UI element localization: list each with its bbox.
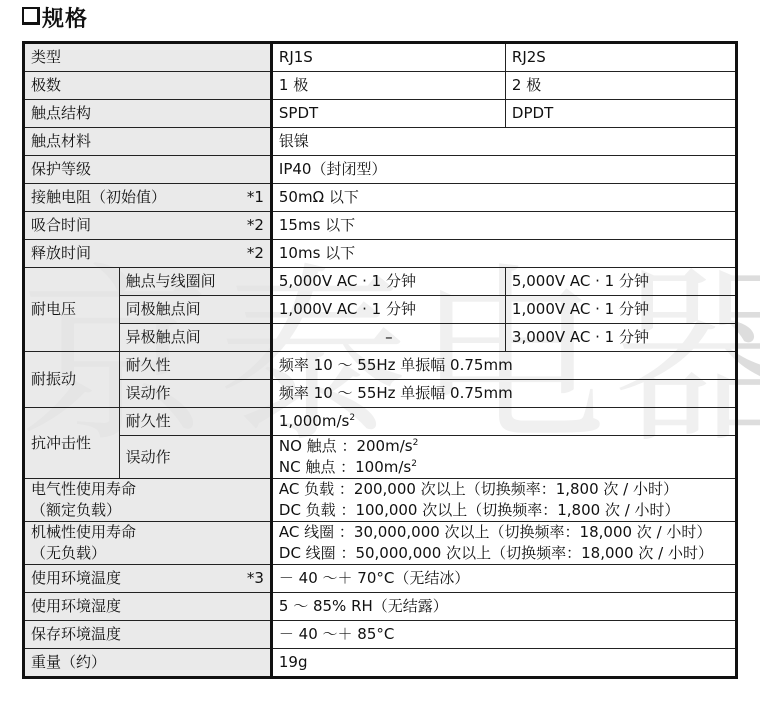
value-line: DC 线圈 ：50,000,000 次以上（切换频率：18,000 次 / 小时… <box>279 543 729 564</box>
table-row-shock-2: 误动作 NO 触点 ：200m/s2 NC 触点 ：100m/s2 <box>24 436 737 479</box>
footnote-mark: *2 <box>247 215 264 236</box>
cell-value: IP40（封闭型） <box>271 156 736 184</box>
cell-value: － 40 ～＋ 70°C（无结冰） <box>271 565 736 593</box>
cell-value: 5 ～ 85% RH（无结露） <box>271 593 736 621</box>
footnote-mark: *2 <box>247 243 264 264</box>
label-line: 机械性使用寿命 <box>31 522 264 543</box>
sub-label: 误动作 <box>119 380 271 408</box>
row-label: 使用环境湿度 <box>24 593 272 621</box>
row-label: 重量（约） <box>24 649 272 678</box>
value-line: AC 线圈 ：30,000,000 次以上（切换频率：18,000 次 / 小时… <box>279 522 729 543</box>
group-label: 耐电压 <box>24 268 120 352</box>
sub-label: 误动作 <box>119 436 271 479</box>
model-rj1s: RJ1S <box>271 43 505 72</box>
superscript: 2 <box>413 438 419 448</box>
row-label: 吸合时间*2 <box>24 212 272 240</box>
footnote-mark: *3 <box>247 568 264 589</box>
cell-value: 1,000V AC · 1 分钟 <box>505 296 736 324</box>
cell-value: NO 触点 ：200m/s2 NC 触点 ：100m/s2 <box>271 436 736 479</box>
label-line: 电气性使用寿命 <box>31 479 264 500</box>
table-row-operate-time: 吸合时间*2 15ms 以下 <box>24 212 737 240</box>
cell-value: 50mΩ 以下 <box>271 184 736 212</box>
table-row-vibration-1: 耐振动 耐久性 频率 10 ～ 55Hz 单振幅 0.75mm <box>24 352 737 380</box>
value-text: NO 触点 ：200m/s <box>279 437 413 455</box>
page-title: 规格 <box>22 2 88 33</box>
table-row-dielectric-2: 同极触点间 1,000V AC · 1 分钟 1,000V AC · 1 分钟 <box>24 296 737 324</box>
row-label: 触点结构 <box>24 100 272 128</box>
label-text: 接触电阻（初始值） <box>31 188 166 206</box>
table-row-weight: 重量（约） 19g <box>24 649 737 678</box>
cell-value: 3,000V AC · 1 分钟 <box>505 324 736 352</box>
sub-label: 同极触点间 <box>119 296 271 324</box>
cell-value: 2 极 <box>505 72 736 100</box>
table-row-dielectric-1: 耐电压 触点与线圈间 5,000V AC · 1 分钟 5,000V AC · … <box>24 268 737 296</box>
row-label: 电气性使用寿命 （额定负载） <box>24 479 272 522</box>
value-line: NO 触点 ：200m/s2 <box>279 436 729 457</box>
cell-value: 频率 10 ～ 55Hz 单振幅 0.75mm <box>271 380 736 408</box>
table-row-contact-resistance: 接触电阻（初始值）*1 50mΩ 以下 <box>24 184 737 212</box>
group-label: 抗冲击性 <box>24 408 120 479</box>
table-row-vibration-2: 误动作 频率 10 ～ 55Hz 单振幅 0.75mm <box>24 380 737 408</box>
value-text: NC 触点 ：100m/s <box>279 458 411 476</box>
cell-value: AC 线圈 ：30,000,000 次以上（切换频率：18,000 次 / 小时… <box>271 522 736 565</box>
row-label: 保护等级 <box>24 156 272 184</box>
table-row-storage-temp: 保存环境温度 － 40 ～＋ 85°C <box>24 621 737 649</box>
row-label: 接触电阻（初始值）*1 <box>24 184 272 212</box>
group-label: 耐振动 <box>24 352 120 408</box>
cell-value: 1 极 <box>271 72 505 100</box>
cell-value: DPDT <box>505 100 736 128</box>
table-row-operating-temp: 使用环境温度*3 － 40 ～＋ 70°C（无结冰） <box>24 565 737 593</box>
value-line: AC 负载 ：200,000 次以上（切换频率：1,800 次 / 小时） <box>279 479 729 500</box>
table-row-protection: 保护等级 IP40（封闭型） <box>24 156 737 184</box>
model-rj2s: RJ2S <box>505 43 736 72</box>
cell-value: 1,000V AC · 1 分钟 <box>271 296 505 324</box>
cell-value: 10ms 以下 <box>271 240 736 268</box>
table-row-mechanical-life: 机械性使用寿命 （无负载） AC 线圈 ：30,000,000 次以上（切换频率… <box>24 522 737 565</box>
value-text: 1,000m/s <box>279 412 349 430</box>
sub-label: 耐久性 <box>119 352 271 380</box>
label-line: （额定负载） <box>31 500 264 521</box>
cell-value: 5,000V AC · 1 分钟 <box>505 268 736 296</box>
cell-value: – <box>271 324 505 352</box>
page-title-text: 规格 <box>42 7 88 32</box>
row-label: 触点材料 <box>24 128 272 156</box>
cell-value: － 40 ～＋ 85°C <box>271 621 736 649</box>
row-label: 释放时间*2 <box>24 240 272 268</box>
footnote-mark: *1 <box>247 187 264 208</box>
checkbox-square-icon <box>22 7 40 25</box>
sub-label: 异极触点间 <box>119 324 271 352</box>
label-text: 使用环境温度 <box>31 569 121 587</box>
table-row-operating-humidity: 使用环境湿度 5 ～ 85% RH（无结露） <box>24 593 737 621</box>
table-row-type: 类型 RJ1S RJ2S <box>24 43 737 72</box>
row-label: 极数 <box>24 72 272 100</box>
cell-value: 频率 10 ～ 55Hz 单振幅 0.75mm <box>271 352 736 380</box>
cell-value: SPDT <box>271 100 505 128</box>
superscript: 2 <box>349 413 355 423</box>
cell-value: 19g <box>271 649 736 678</box>
cell-value: 1,000m/s2 <box>271 408 736 436</box>
sub-label: 耐久性 <box>119 408 271 436</box>
table-row-shock-1: 抗冲击性 耐久性 1,000m/s2 <box>24 408 737 436</box>
value-line: NC 触点 ：100m/s2 <box>279 457 729 478</box>
row-label: 保存环境温度 <box>24 621 272 649</box>
cell-value: AC 负载 ：200,000 次以上（切换频率：1,800 次 / 小时） DC… <box>271 479 736 522</box>
table-row-poles: 极数 1 极 2 极 <box>24 72 737 100</box>
superscript: 2 <box>411 459 417 469</box>
table-row-release-time: 释放时间*2 10ms 以下 <box>24 240 737 268</box>
spec-table: 类型 RJ1S RJ2S 极数 1 极 2 极 触点结构 SPDT DPDT 触… <box>22 41 738 679</box>
table-row-dielectric-3: 异极触点间 – 3,000V AC · 1 分钟 <box>24 324 737 352</box>
row-label: 机械性使用寿命 （无负载） <box>24 522 272 565</box>
label-text: 释放时间 <box>31 244 91 262</box>
row-label: 使用环境温度*3 <box>24 565 272 593</box>
sub-label: 触点与线圈间 <box>119 268 271 296</box>
label-text: 吸合时间 <box>31 216 91 234</box>
cell-value: 5,000V AC · 1 分钟 <box>271 268 505 296</box>
cell-value: 15ms 以下 <box>271 212 736 240</box>
cell-value: 银镍 <box>271 128 736 156</box>
value-line: DC 负载 ：100,000 次以上（切换频率：1,800 次 / 小时） <box>279 500 729 521</box>
table-row-electrical-life: 电气性使用寿命 （额定负载） AC 负载 ：200,000 次以上（切换频率：1… <box>24 479 737 522</box>
label-line: （无负载） <box>31 543 264 564</box>
table-row-contact-form: 触点结构 SPDT DPDT <box>24 100 737 128</box>
row-label: 类型 <box>24 43 272 72</box>
table-row-contact-material: 触点材料 银镍 <box>24 128 737 156</box>
